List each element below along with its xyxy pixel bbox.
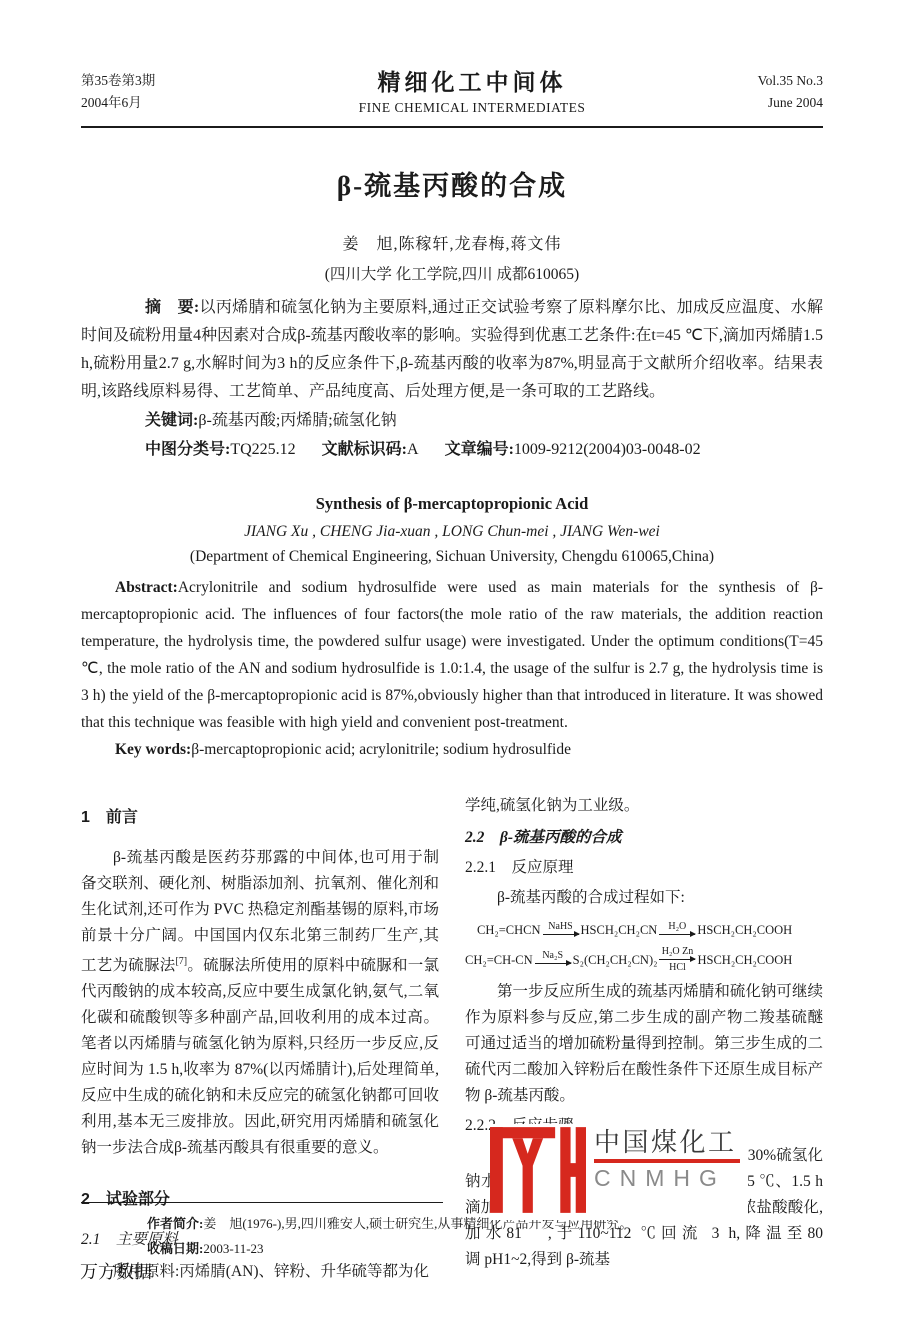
reference-superscript: [7] (175, 956, 187, 967)
journal-vol-block: Vol.35 No.3 June 2004 (713, 70, 823, 114)
abstract-label-cn: 摘 要: (145, 299, 199, 316)
principle-intro: β-巯基丙酸的合成过程如下: (465, 885, 823, 911)
reaction-arrow: Na₂S (535, 950, 571, 969)
arrow-line (659, 959, 695, 960)
received-date: 收稿日期:2003-11-23 (81, 1236, 823, 1261)
affiliation-en: (Department of Chemical Engineering, Sic… (81, 548, 823, 566)
journal-vol-en: Vol.35 No.3 (713, 70, 823, 92)
intro-text-2: 。硫脲法所使用的原料中硫脲和一氯代丙酸钠的成本较高,反应中要生成氯化钠,氨气,二… (81, 957, 439, 1156)
keywords-text-en: β-mercaptopropionic acid; acrylonitrile;… (191, 741, 571, 758)
arrow-top-label: H₂O (668, 921, 686, 932)
clc-label: 中图分类号: (145, 441, 230, 458)
authors-en: JIANG Xu , CHENG Jia-xuan , LONG Chun-me… (81, 523, 823, 541)
section-2-2-1-heading: 2.2.1 反应原理 (465, 855, 823, 881)
journal-issue-block: 第35卷第3期 2004年6月 (81, 70, 231, 114)
date-label: 收稿日期: (147, 1241, 203, 1256)
arrow-line (535, 963, 571, 964)
materials-continuation: 学纯,硫氢化钠为工业级。 (465, 793, 823, 819)
wanfang-data-mark: 万方数据 (80, 1258, 152, 1284)
footnote-rule (81, 1202, 443, 1203)
journal-date-cn: 2004年6月 (81, 92, 231, 114)
reaction-equation-2: CH₂=CH-CN Na₂S S₂(CH₂CH₂CN)₂ H₂O ZnHCl H… (465, 946, 823, 973)
journal-header: 第35卷第3期 2004年6月 精细化工中间体 FINE CHEMICAL IN… (81, 70, 823, 116)
keywords-label-cn: 关键词: (145, 412, 198, 429)
reaction-equations: CH₂=CHCN NaHS HSCH₂CH₂CN H₂O HSCH₂CH₂COO… (465, 917, 823, 973)
principle-paragraph: 第一步反应所生成的巯基丙烯腈和硫化钠可继续作为原料参与反应,第二步生成的副产物二… (465, 979, 823, 1109)
eq1-mid: HSCH₂CH₂CN (581, 917, 658, 943)
clc-value: TQ225.12 (230, 441, 295, 458)
paper-page: 第35卷第3期 2004年6月 精细化工中间体 FINE CHEMICAL IN… (0, 0, 904, 1320)
article-id-label: 文章编号: (445, 441, 514, 458)
cnmhg-watermark: 中国煤化工 CNMHG (490, 1124, 748, 1220)
abstract-label-en: Abstract: (115, 579, 178, 596)
classification-line: 中图分类号:TQ225.12文献标识码:A文章编号:1009-9212(2004… (81, 436, 823, 464)
journal-issue-cn: 第35卷第3期 (81, 70, 231, 92)
article-title-en: Synthesis of β-mercaptopropionic Acid (81, 494, 823, 514)
journal-title-block: 精细化工中间体 FINE CHEMICAL INTERMEDIATES (231, 70, 713, 116)
reaction-arrow: NaHS (543, 921, 579, 940)
journal-date-en: June 2004 (713, 92, 823, 114)
authors-cn: 姜 旭,陈稼轩,龙春梅,蒋文伟 (81, 231, 823, 254)
affiliation-cn: (四川大学 化工学院,四川 成都610065) (81, 262, 823, 284)
abstract-en: Abstract:Acrylonitrile and sodium hydros… (81, 574, 823, 736)
reaction-arrow: H₂O (659, 921, 695, 940)
eq1-rhs: HSCH₂CH₂COOH (697, 917, 792, 943)
doc-code-label: 文献标识码: (322, 441, 407, 458)
coal-chem-logo-icon (490, 1124, 586, 1216)
arrow-line (543, 934, 579, 935)
journal-title-cn: 精细化工中间体 (231, 70, 713, 96)
eq2-mid: S₂(CH₂CH₂CN)₂ (573, 947, 658, 973)
article-id-value: 1009-9212(2004)03-0048-02 (514, 441, 701, 458)
keywords-en: Key words:β-mercaptopropionic acid; acry… (81, 736, 823, 763)
bio-label: 作者简介: (147, 1216, 203, 1231)
abstract-text-en: Acrylonitrile and sodium hydrosulfide we… (81, 579, 823, 731)
eq2-lhs: CH₂=CH-CN (465, 947, 533, 973)
arrow-top-label: H₂O Zn (662, 946, 694, 957)
arrow-top-label: NaHS (548, 921, 572, 932)
keywords-cn: 关键词:β-巯基丙酸;丙烯腈;硫氢化钠 (81, 407, 823, 435)
watermark-en-text: CNMHG (594, 1163, 740, 1193)
section-1-heading: 1 前言 (81, 805, 439, 831)
arrow-line (659, 934, 695, 935)
date-value: 2003-11-23 (203, 1241, 263, 1256)
article-title-cn: β-巯基丙酸的合成 (81, 164, 823, 203)
arrow-top-label: Na₂S (542, 950, 563, 961)
watermark-cn-text: 中国煤化工 (594, 1128, 740, 1158)
journal-title-en: FINE CHEMICAL INTERMEDIATES (231, 100, 713, 116)
eq2-rhs: HSCH₂CH₂COOH (697, 947, 792, 973)
section-2-2-heading: 2.2 β-巯基丙酸的合成 (465, 825, 823, 851)
keywords-text-cn: β-巯基丙酸;丙烯腈;硫氢化钠 (198, 412, 396, 429)
arrow-bottom-label: HCl (669, 962, 686, 973)
reaction-equation-1: CH₂=CHCN NaHS HSCH₂CH₂CN H₂O HSCH₂CH₂COO… (465, 917, 823, 943)
intro-paragraph: β-巯基丙酸是医药芬那露的中间体,也可用于制备交联剂、硬化剂、树脂添加剂、抗氧剂… (81, 845, 439, 1161)
header-rule (81, 126, 823, 128)
eq1-lhs: CH₂=CHCN (477, 917, 541, 943)
doc-code-value: A (407, 441, 419, 458)
abstract-cn: 摘 要:以丙烯腈和硫氢化钠为主要原料,通过正交试验考察了原料摩尔比、加成反应温度… (81, 294, 823, 406)
keywords-label-en: Key words: (115, 741, 191, 758)
watermark-text-block: 中国煤化工 CNMHG (594, 1124, 740, 1193)
intro-text-1: β-巯基丙酸是医药芬那露的中间体,也可用于制备交联剂、硬化剂、树脂添加剂、抗氧剂… (81, 849, 439, 974)
reaction-arrow: H₂O ZnHCl (659, 946, 695, 973)
